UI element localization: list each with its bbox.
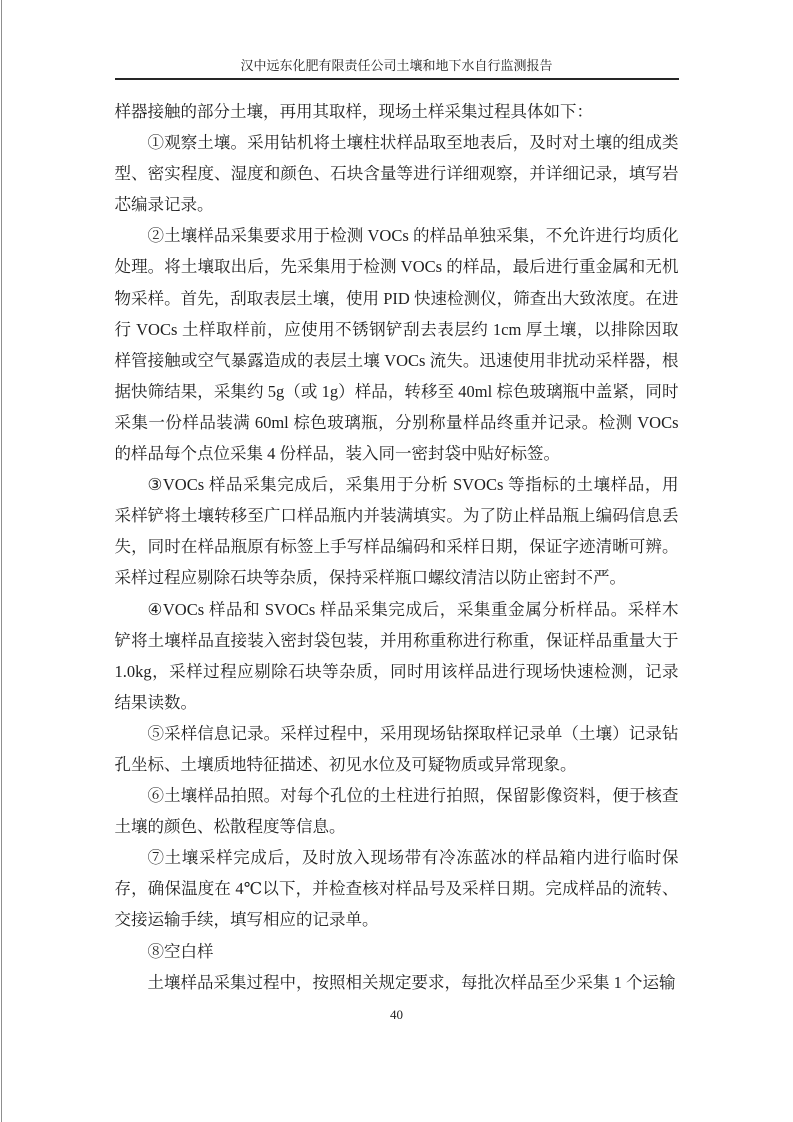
paragraph-step-1: ①观察土壤。采用钻机将土壤柱状样品取至地表后，及时对土壤的组成类型、密实程度、湿… [115, 127, 679, 220]
page-footer: 40 [0, 1007, 793, 1023]
paragraph-step-7: ⑦土壤采样完成后，及时放入现场带有冷冻蓝冰的样品箱内进行临时保存，确保温度在 4… [115, 842, 679, 935]
paragraph-step-5: ⑤采样信息记录。采样过程中，采用现场钻探取样记录单（土壤）记录钻孔坐标、土壤质地… [115, 718, 679, 780]
paragraph-step-8: ⑧空白样 [115, 936, 679, 967]
page-header: 汉中远东化肥有限责任公司土壤和地下水自行监测报告 [115, 0, 679, 80]
paragraph-step-6: ⑥土壤样品拍照。对每个孔位的土柱进行拍照，保留影像资料，便于核查土壤的颜色、松散… [115, 780, 679, 842]
header-title: 汉中远东化肥有限责任公司土壤和地下水自行监测报告 [115, 58, 679, 74]
scan-edge-artifact [1, 0, 2, 1122]
document-page: 汉中远东化肥有限责任公司土壤和地下水自行监测报告 样器接触的部分土壤，再用其取样… [115, 0, 679, 998]
paragraph-step-4: ④VOCs 样品和 SVOCs 样品采集完成后，采集重金属分析样品。采样木铲将土… [115, 594, 679, 718]
paragraph-continuation: 样器接触的部分土壤，再用其取样，现场土样采集过程具体如下： [115, 96, 679, 127]
page-number: 40 [390, 1007, 403, 1022]
paragraph-step-2: ②土壤样品采集要求用于检测 VOCs 的样品单独采集，不允许进行均质化处理。将土… [115, 220, 679, 469]
paragraph-blank-sample: 土壤样品采集过程中，按照相关规定要求，每批次样品至少采集 1 个运输 [115, 967, 679, 998]
paragraph-step-3: ③VOCs 样品采集完成后，采集用于分析 SVOCs 等指标的土壤样品，用采样铲… [115, 469, 679, 593]
document-body: 样器接触的部分土壤，再用其取样，现场土样采集过程具体如下： ①观察土壤。采用钻机… [115, 96, 679, 998]
